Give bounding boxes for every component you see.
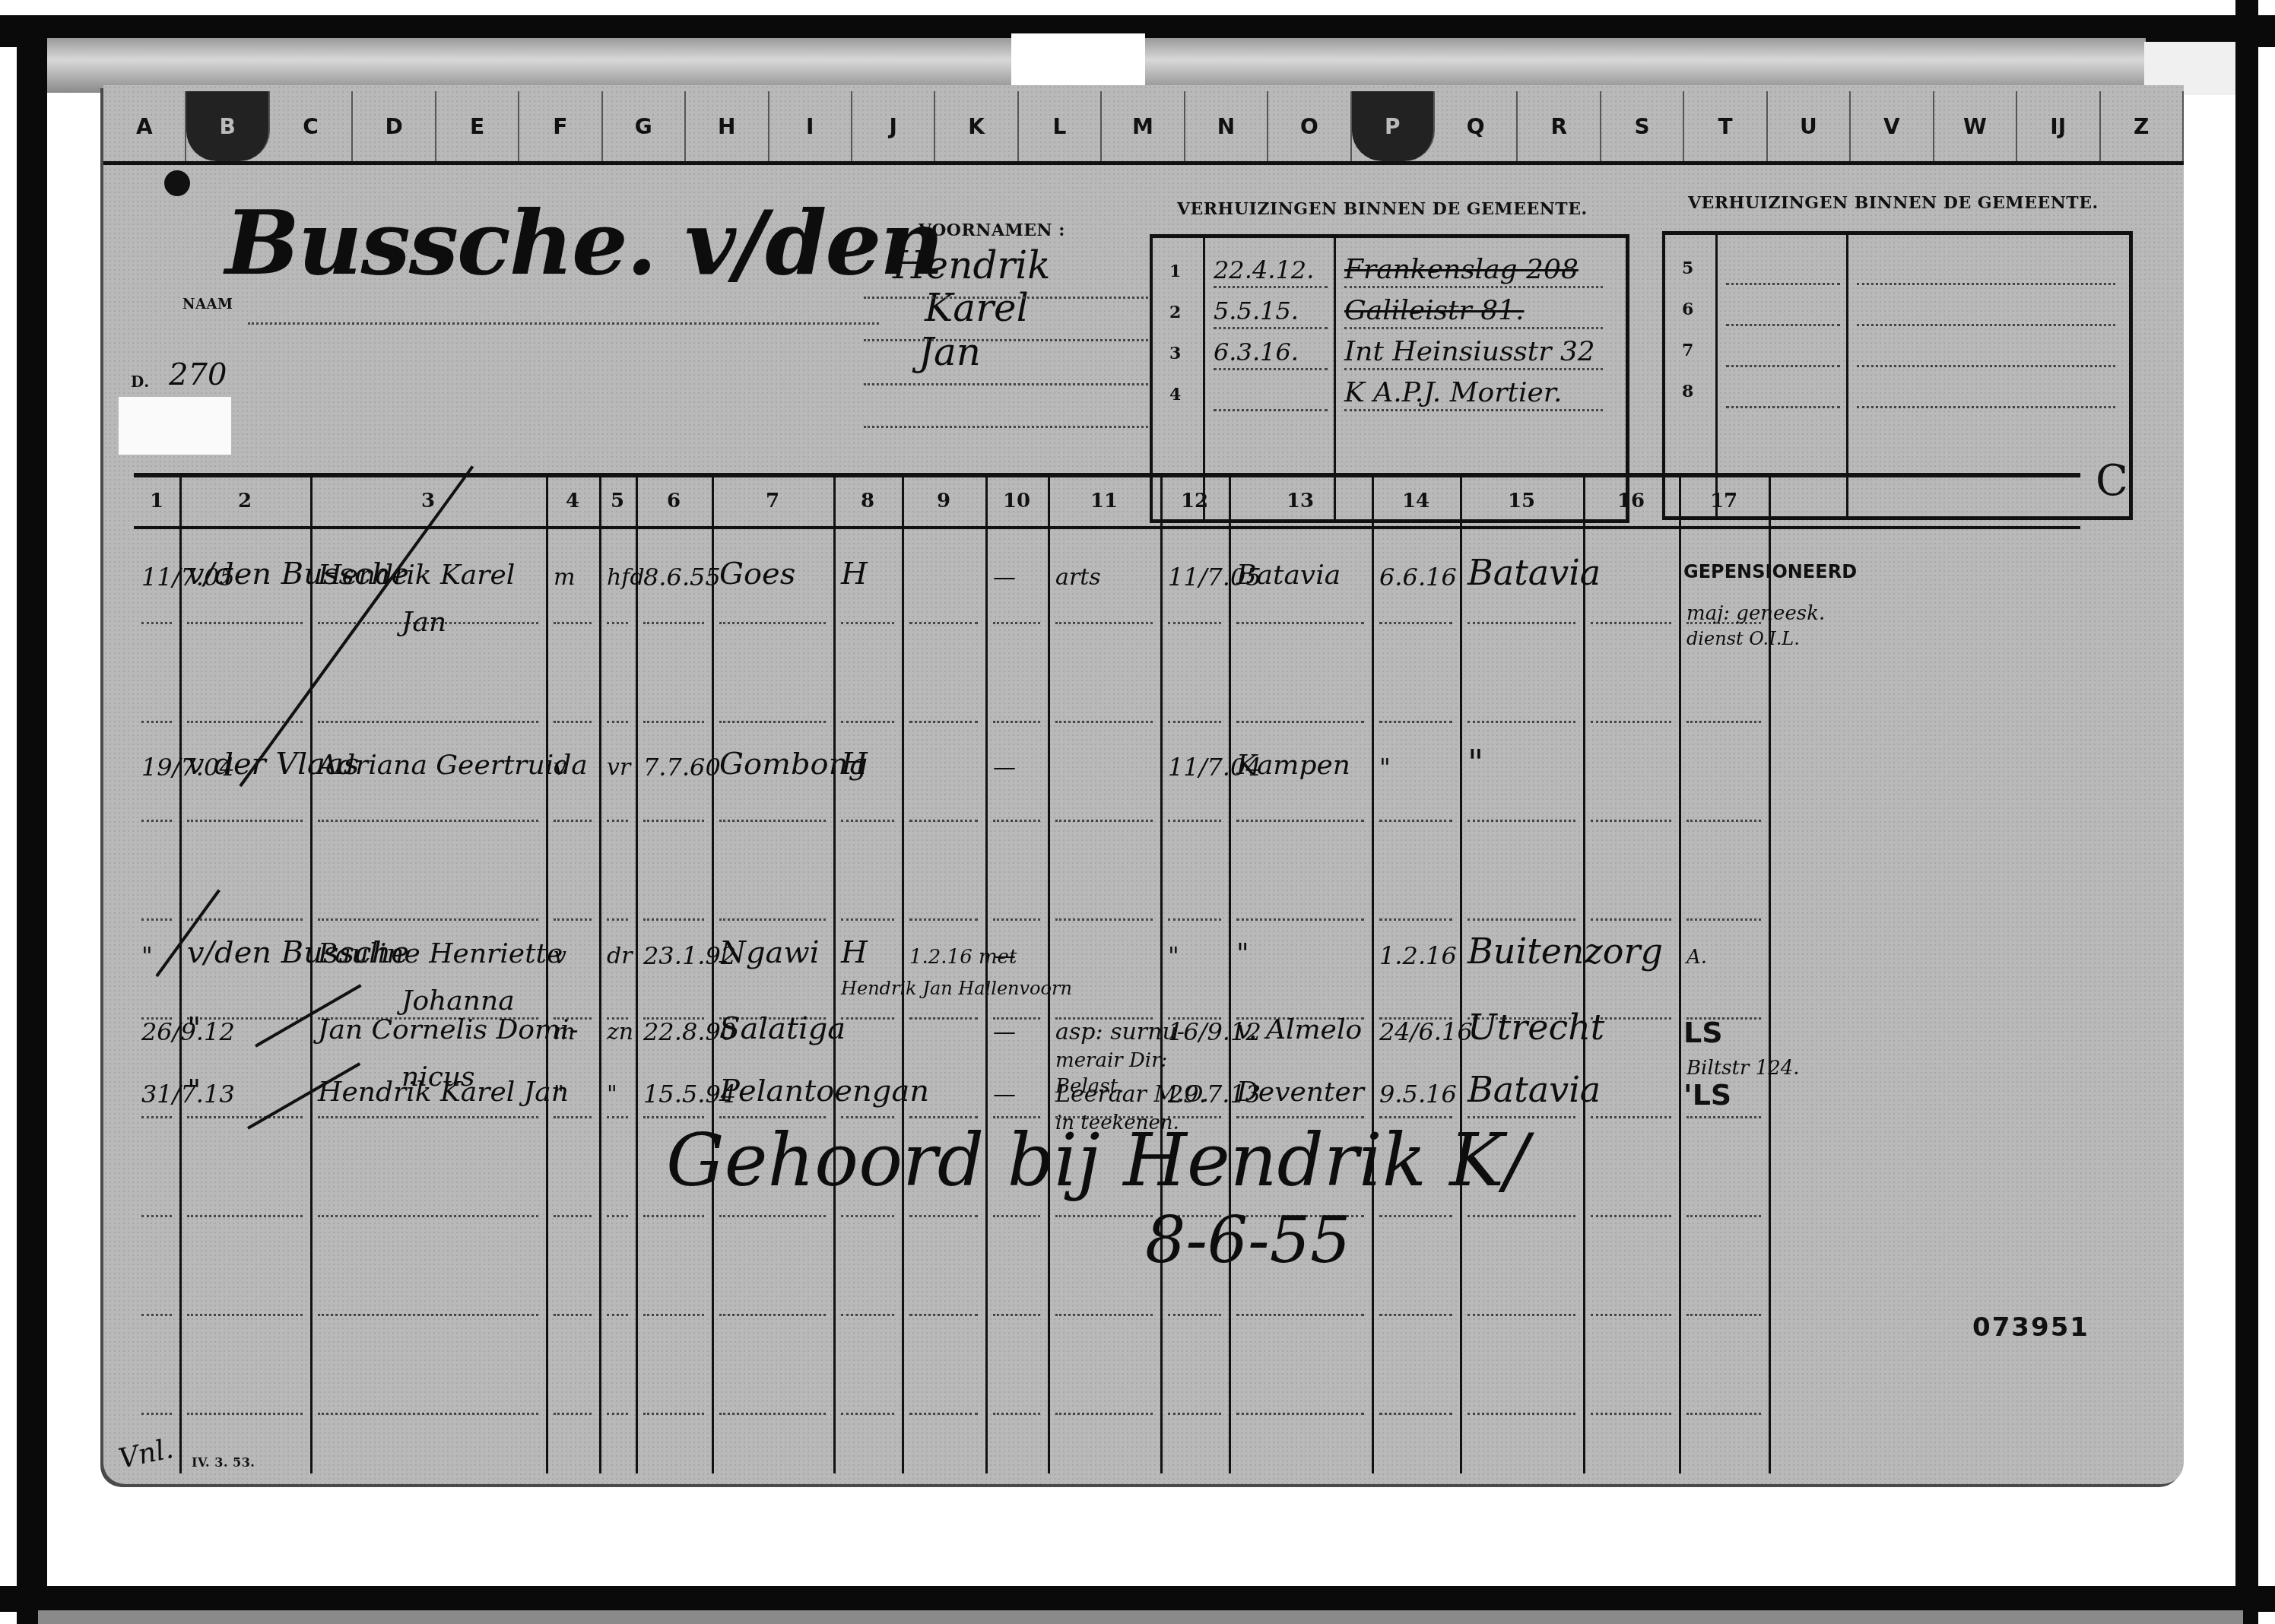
column-divider bbox=[902, 477, 904, 1473]
column-divider bbox=[1048, 477, 1050, 1473]
column-header-5: 5 bbox=[599, 490, 636, 512]
column-divider bbox=[712, 477, 714, 1473]
ruled-line bbox=[719, 1215, 826, 1217]
row-1-col-4: m bbox=[554, 564, 575, 591]
row-3-col-1: " bbox=[141, 941, 153, 970]
column-divider bbox=[179, 477, 182, 1473]
moves_left-row-date: 6.3.16. bbox=[1214, 338, 1299, 366]
row-3-col-14: 1.2.16 bbox=[1379, 941, 1457, 970]
row-5-col-14: 9.5.16 bbox=[1379, 1080, 1457, 1109]
moves_left-row-number: 4 bbox=[1169, 385, 1181, 404]
row-1-col-11: arts bbox=[1055, 564, 1101, 591]
row-3-col-3: Pauline Henriette bbox=[318, 938, 563, 969]
row-3-col-8: H bbox=[841, 935, 868, 970]
row-4-col-11: asp: surnu- bbox=[1055, 1019, 1185, 1045]
ruled-line bbox=[187, 1314, 303, 1316]
moves-right-title: VERHUIZINGEN BINNEN DE GEMEENTE. bbox=[1688, 193, 2099, 213]
ruled-line bbox=[909, 622, 978, 624]
card-number: 073951 bbox=[1972, 1312, 2089, 1343]
ruled-line bbox=[554, 1215, 592, 1217]
ruled-line bbox=[607, 1215, 628, 1217]
ruled-line bbox=[1467, 622, 1575, 624]
punch-hole bbox=[164, 170, 190, 196]
row-5-col-7: Pelantoengan bbox=[719, 1074, 929, 1109]
row-4-col-5: zn bbox=[607, 1019, 633, 1045]
moves_left-row-address: Galileistr 81. bbox=[1344, 295, 1524, 326]
row-1-col-14: 6.6.16 bbox=[1379, 563, 1457, 592]
ruled-line bbox=[993, 1215, 1040, 1217]
row-5-col-13: Deventer bbox=[1236, 1077, 1364, 1108]
ruled-line bbox=[1214, 409, 1328, 411]
ruled-line bbox=[1168, 1413, 1221, 1415]
scan-frame-bottom bbox=[0, 1586, 2275, 1612]
index-tab-l: L bbox=[1019, 91, 1102, 161]
column-header-2: 2 bbox=[179, 490, 310, 512]
row-1-col-3: Hendrik Karel bbox=[318, 560, 515, 591]
ruled-line bbox=[841, 918, 894, 921]
first-name-line bbox=[864, 426, 1153, 428]
first-name-line bbox=[864, 297, 1153, 299]
ruled-line bbox=[1168, 820, 1221, 822]
ruled-line bbox=[1467, 1314, 1575, 1316]
ruled-line bbox=[841, 622, 894, 624]
ruled-line bbox=[1379, 918, 1452, 921]
ruled-line bbox=[554, 1314, 592, 1316]
index-tab-s: S bbox=[1601, 91, 1684, 161]
row-4-col-11-continued: merair Dir: bbox=[1055, 1049, 1167, 1072]
index-tab-g: G bbox=[603, 91, 686, 161]
ruled-line bbox=[719, 1413, 826, 1415]
ruled-line bbox=[1055, 1413, 1153, 1415]
column-header-11: 11 bbox=[1048, 490, 1160, 512]
ruled-line bbox=[141, 1116, 172, 1118]
ruled-line bbox=[187, 1413, 303, 1415]
row-3-col-15: Buitenzorg bbox=[1467, 931, 1663, 972]
ruled-line bbox=[1214, 327, 1328, 329]
index-tab-k: K bbox=[935, 91, 1018, 161]
row-2-col-14: " bbox=[1379, 753, 1391, 782]
ruled-line bbox=[1379, 1314, 1452, 1316]
row-3-col-8-continued: Hendrik Jan Hallenvoorn bbox=[841, 978, 1072, 999]
index-tab-z: Z bbox=[2101, 91, 2184, 161]
index-tab-b: B bbox=[186, 91, 269, 161]
first-name-2: Karel bbox=[925, 286, 1029, 330]
first-name-1: Hendrik bbox=[893, 243, 1051, 287]
row-2-col-4: v bbox=[554, 754, 566, 781]
row-5-col-10: — bbox=[993, 1081, 1016, 1108]
row-2-col-3: Adriana Geertruida bbox=[318, 750, 588, 781]
column-header-13: 13 bbox=[1229, 490, 1372, 512]
index-tab-f: F bbox=[519, 91, 602, 161]
moves_right-row-number: 7 bbox=[1682, 341, 1693, 360]
ruled-line bbox=[719, 820, 826, 822]
ruled-line bbox=[1379, 721, 1452, 723]
column-divider bbox=[1769, 477, 1771, 1473]
column-divider bbox=[1583, 477, 1585, 1473]
column-header-8: 8 bbox=[833, 490, 902, 512]
row-4-col-4: m bbox=[554, 1019, 575, 1045]
moves_right-row-number: 6 bbox=[1682, 300, 1693, 319]
ruled-line bbox=[1686, 1215, 1761, 1217]
ruled-line bbox=[841, 1017, 894, 1020]
index-tab-q: Q bbox=[1435, 91, 1518, 161]
note-line-2: 8-6-55 bbox=[1145, 1203, 1351, 1277]
ruled-line bbox=[141, 1413, 172, 1415]
ruled-line bbox=[909, 918, 978, 921]
ruled-line bbox=[643, 721, 704, 723]
label-patch bbox=[119, 397, 231, 455]
ruled-line bbox=[993, 1314, 1040, 1316]
ruled-line bbox=[1467, 1215, 1575, 1217]
ruled-line bbox=[1686, 1314, 1761, 1316]
ruled-line bbox=[1467, 1413, 1575, 1415]
ruled-line bbox=[1857, 324, 2115, 326]
ruled-line bbox=[1591, 721, 1671, 723]
row-4-col-10: — bbox=[993, 1019, 1016, 1045]
ruled-line bbox=[719, 1314, 826, 1316]
row-2-col-13: Kampen bbox=[1236, 750, 1350, 781]
ruled-line bbox=[1055, 1215, 1153, 1217]
ruled-line bbox=[1857, 283, 2115, 285]
index-tab-u: U bbox=[1768, 91, 1851, 161]
ruled-line bbox=[993, 622, 1040, 624]
row-5-stamp: 'LS bbox=[1683, 1078, 1731, 1112]
ruled-line bbox=[1857, 406, 2115, 408]
ruled-line bbox=[841, 1215, 894, 1217]
column-divider bbox=[636, 477, 638, 1473]
ruled-line bbox=[1686, 721, 1761, 723]
ruled-line bbox=[1168, 918, 1221, 921]
ruled-line bbox=[1857, 365, 2115, 367]
row-4-col-14: 24/6.16 bbox=[1379, 1017, 1473, 1046]
column-header-10: 10 bbox=[985, 490, 1048, 512]
ruled-line bbox=[1168, 622, 1221, 624]
ruled-line bbox=[1055, 820, 1153, 822]
ruled-line bbox=[643, 918, 704, 921]
ruled-line bbox=[1236, 622, 1364, 624]
ruled-line bbox=[993, 918, 1040, 921]
row-2-col-15: " bbox=[1467, 742, 1483, 783]
ruled-line bbox=[1726, 406, 1840, 408]
ruled-line bbox=[1686, 1413, 1761, 1415]
ruled-line bbox=[318, 721, 538, 723]
ruled-line bbox=[554, 622, 592, 624]
ruled-line bbox=[554, 820, 592, 822]
ruled-line bbox=[1214, 286, 1328, 288]
moves-left-title: VERHUIZINGEN BINNEN DE GEMEENTE. bbox=[1177, 199, 1588, 219]
row-5-col-5: " bbox=[607, 1081, 617, 1108]
ruled-line bbox=[1686, 820, 1761, 822]
moves_left-row-address: Int Heinsiusstr 32 bbox=[1344, 336, 1595, 367]
ruled-line bbox=[841, 1413, 894, 1415]
index-tab-v: V bbox=[1851, 91, 1934, 161]
ruled-line bbox=[318, 1116, 538, 1118]
ruled-line bbox=[318, 1215, 538, 1217]
ruled-line bbox=[607, 1116, 628, 1118]
index-tab-c: C bbox=[270, 91, 353, 161]
d-value: 270 bbox=[169, 357, 227, 392]
ruled-line bbox=[141, 1314, 172, 1316]
column-divider bbox=[1160, 477, 1163, 1473]
ruled-line bbox=[1467, 721, 1575, 723]
row-4-col-17: Biltstr 124. bbox=[1686, 1057, 1800, 1080]
index-tab-strip: ABCDEFGHIJKLMNOPQRSTUVWIJZ bbox=[103, 91, 2184, 165]
ruled-line bbox=[1591, 1413, 1671, 1415]
surname-line bbox=[248, 322, 879, 325]
ruled-line bbox=[607, 622, 628, 624]
row-1-col-5: hfd bbox=[607, 564, 645, 591]
first-name-line bbox=[864, 339, 1153, 341]
ruled-line bbox=[993, 1413, 1040, 1415]
ruled-line bbox=[1055, 1314, 1153, 1316]
ruled-line bbox=[909, 721, 978, 723]
column-header-4: 4 bbox=[546, 490, 599, 512]
index-tab-o: O bbox=[1268, 91, 1351, 161]
column-header-14: 14 bbox=[1372, 490, 1460, 512]
index-tab-i: I bbox=[769, 91, 852, 161]
ruled-line bbox=[1214, 368, 1328, 370]
index-tab-a: A bbox=[103, 91, 186, 161]
row-3-col-12: " bbox=[1168, 941, 1179, 970]
column-header-12: 12 bbox=[1160, 490, 1229, 512]
ruled-line bbox=[554, 1116, 592, 1118]
ruled-line bbox=[1344, 409, 1603, 411]
index-tab-r: R bbox=[1518, 91, 1601, 161]
ruled-line bbox=[1236, 820, 1364, 822]
naam-label: NAAM bbox=[182, 297, 233, 312]
column-header-6: 6 bbox=[636, 490, 712, 512]
row-1-col-3-continued: Jan bbox=[401, 607, 446, 638]
moves_left-row-address: Frankenslag 208 bbox=[1344, 254, 1579, 285]
row-3-col-17: A. bbox=[1686, 946, 1707, 969]
row-1-col-8: H bbox=[841, 557, 868, 592]
moves_left-row-number: 3 bbox=[1169, 344, 1181, 363]
first-name-3: Jan bbox=[919, 330, 981, 374]
row-3-col-13: " bbox=[1236, 938, 1249, 969]
moves_right-row-number: 5 bbox=[1682, 259, 1693, 278]
ruled-line bbox=[909, 1215, 978, 1217]
ruled-line bbox=[1467, 820, 1575, 822]
index-tab-d: D bbox=[353, 91, 436, 161]
ruled-line bbox=[719, 622, 826, 624]
ruled-line bbox=[1344, 368, 1603, 370]
moves_left-row-address: K A.P.J. Mortier. bbox=[1344, 377, 1562, 408]
index-tab-e: E bbox=[436, 91, 519, 161]
row-5-col-3: Hendrik Karel Jan bbox=[318, 1077, 569, 1108]
row-1-col-17: maj: geneesk. bbox=[1686, 602, 1825, 625]
ruled-line bbox=[187, 1215, 303, 1217]
ruled-line bbox=[1168, 721, 1221, 723]
ruled-line bbox=[187, 1116, 303, 1118]
column-divider bbox=[546, 477, 548, 1473]
ruled-line bbox=[643, 820, 704, 822]
moves_left-row-number: 1 bbox=[1169, 262, 1181, 281]
row-3-col-4: v bbox=[554, 943, 566, 969]
moves_left-row-number: 2 bbox=[1169, 303, 1181, 322]
family-record-card: ABCDEFGHIJKLMNOPQRSTUVWIJZ NAAM Bussche.… bbox=[103, 85, 2184, 1484]
row-1-col-7: Goes bbox=[719, 557, 795, 592]
ruled-line bbox=[643, 622, 704, 624]
row-4-col-3: Jan Cornelis Domi- bbox=[318, 1014, 579, 1045]
row-5-col-15: Batavia bbox=[1467, 1069, 1601, 1110]
index-tab-j: J bbox=[852, 91, 935, 161]
first-name-line bbox=[864, 383, 1153, 385]
ruled-line bbox=[141, 1215, 172, 1217]
row-1-stamp: GEPENSIONEERD bbox=[1683, 561, 1857, 582]
row-5-col-4: " bbox=[554, 1081, 564, 1108]
ruled-line bbox=[1591, 622, 1671, 624]
ruled-line bbox=[1726, 324, 1840, 326]
row-2-col-6: 7.7.60 bbox=[643, 753, 721, 782]
index-tab-t: T bbox=[1684, 91, 1767, 161]
row-1-col-17-continued: dienst O.I.L. bbox=[1686, 628, 1800, 649]
ruled-line bbox=[1236, 1413, 1364, 1415]
ruled-line bbox=[607, 1413, 628, 1415]
ruled-line bbox=[841, 820, 894, 822]
ruled-line bbox=[1055, 721, 1153, 723]
ruled-line bbox=[909, 1017, 978, 1020]
ruled-line bbox=[141, 622, 172, 624]
note-line-1: Gehoord bij Hendrik K/ bbox=[666, 1118, 1528, 1203]
ruled-line bbox=[909, 1413, 978, 1415]
index-tab-ij: IJ bbox=[2017, 91, 2100, 161]
ruled-line bbox=[1591, 1116, 1671, 1118]
ruled-line bbox=[554, 721, 592, 723]
ruled-line bbox=[909, 1314, 978, 1316]
ruled-line bbox=[1686, 918, 1761, 921]
family-members-table: 123456789101112131415161711/7.05v/den Bu… bbox=[134, 473, 2187, 1484]
scan-frame-gap bbox=[1011, 33, 1145, 87]
ruled-line bbox=[1379, 820, 1452, 822]
ruled-line bbox=[1055, 918, 1153, 921]
ruled-line bbox=[1726, 365, 1840, 367]
ruled-line bbox=[1344, 286, 1603, 288]
row-3-col-5: dr bbox=[607, 943, 633, 969]
ruled-line bbox=[141, 721, 172, 723]
row-1-col-15: Batavia bbox=[1467, 552, 1601, 593]
ruled-line bbox=[841, 1314, 894, 1316]
column-divider bbox=[833, 477, 836, 1473]
column-divider bbox=[599, 477, 601, 1473]
ruled-line bbox=[318, 1413, 538, 1415]
column-divider bbox=[1679, 477, 1681, 1473]
column-header-17: 17 bbox=[1679, 490, 1769, 512]
ruled-line bbox=[719, 721, 826, 723]
ruled-line bbox=[141, 918, 172, 921]
ruled-line bbox=[554, 1413, 592, 1415]
ruled-line bbox=[318, 820, 538, 822]
row-4-stamp: LS bbox=[1683, 1016, 1723, 1049]
ruled-line bbox=[841, 721, 894, 723]
moves_left-row-date: 5.5.15. bbox=[1214, 297, 1299, 325]
ruled-line bbox=[643, 1215, 704, 1217]
ruled-line bbox=[1591, 918, 1671, 921]
column-header-15: 15 bbox=[1460, 490, 1583, 512]
index-tab-n: N bbox=[1185, 91, 1268, 161]
voornamen-label: VOORNAMEN : bbox=[919, 220, 1065, 240]
row-4-col-15: Utrecht bbox=[1467, 1007, 1604, 1048]
ruled-line bbox=[909, 820, 978, 822]
column-divider bbox=[1229, 477, 1231, 1473]
moves_right-row-number: 8 bbox=[1682, 382, 1693, 401]
ruled-line bbox=[1055, 622, 1153, 624]
ruled-line bbox=[993, 820, 1040, 822]
ruled-line bbox=[1236, 1314, 1364, 1316]
ruled-line bbox=[187, 918, 303, 921]
ruled-line bbox=[993, 721, 1040, 723]
column-divider bbox=[1460, 477, 1462, 1473]
column-header-1: 1 bbox=[134, 490, 179, 512]
ruled-line bbox=[643, 1413, 704, 1415]
ruled-line bbox=[719, 918, 826, 921]
ruled-line bbox=[607, 721, 628, 723]
ruled-line bbox=[1379, 1413, 1452, 1415]
ruled-line bbox=[1467, 918, 1575, 921]
table-top-rule bbox=[134, 473, 2080, 477]
d-label: D. bbox=[131, 373, 150, 391]
ruled-line bbox=[187, 622, 303, 624]
ruled-line bbox=[1686, 1116, 1761, 1118]
ruled-line bbox=[1168, 1314, 1221, 1316]
column-divider bbox=[1372, 477, 1374, 1473]
ruled-line bbox=[1344, 327, 1603, 329]
ruled-line bbox=[1591, 1314, 1671, 1316]
column-header-9: 9 bbox=[902, 490, 985, 512]
scan-frame-left bbox=[17, 15, 47, 1624]
surname-value: Bussche. v/den bbox=[225, 192, 943, 295]
row-4-col-2: " bbox=[187, 1011, 201, 1046]
ruled-line bbox=[318, 1314, 538, 1316]
ruled-line bbox=[187, 820, 303, 822]
ruled-line bbox=[554, 918, 592, 921]
scan-frame-bottom-strip bbox=[38, 1610, 2243, 1624]
column-header-7: 7 bbox=[712, 490, 833, 512]
row-2-col-5: vr bbox=[607, 754, 630, 781]
ruled-line bbox=[643, 1314, 704, 1316]
ruled-line bbox=[1591, 1215, 1671, 1217]
ruled-line bbox=[318, 918, 538, 921]
column-header-3: 3 bbox=[310, 490, 546, 512]
ruled-line bbox=[1379, 1215, 1452, 1217]
ruled-line bbox=[607, 1314, 628, 1316]
scan-frame-right bbox=[2235, 0, 2258, 1624]
ruled-line bbox=[1236, 918, 1364, 921]
ruled-line bbox=[1379, 622, 1452, 624]
index-tab-m: M bbox=[1102, 91, 1185, 161]
row-1-col-6: 8.6.55 bbox=[643, 563, 721, 592]
moves_left-row-date: 22.4.12. bbox=[1214, 255, 1314, 284]
row-4-col-13: v. Almelo bbox=[1236, 1014, 1362, 1045]
row-1-col-13: Batavia bbox=[1236, 560, 1341, 591]
index-tab-w: W bbox=[1934, 91, 2017, 161]
column-divider bbox=[985, 477, 988, 1473]
ruled-line bbox=[1591, 820, 1671, 822]
row-3-col-7: Ngawi bbox=[719, 935, 819, 970]
index-tab-h: H bbox=[686, 91, 769, 161]
ruled-line bbox=[1726, 283, 1840, 285]
index-tab-p: P bbox=[1352, 91, 1435, 161]
ruled-line bbox=[1236, 721, 1364, 723]
row-2-col-8: H bbox=[841, 747, 868, 782]
row-5-col-2: " bbox=[187, 1074, 201, 1109]
row-3-col-10: — bbox=[993, 943, 1016, 969]
column-divider bbox=[310, 477, 313, 1473]
row-4-col-7: Salatiga bbox=[719, 1011, 846, 1046]
row-2-col-10: — bbox=[993, 754, 1016, 781]
row-1-col-10: — bbox=[993, 564, 1016, 591]
ruled-line bbox=[607, 820, 628, 822]
form-code: IV. 3. 53. bbox=[192, 1455, 255, 1470]
